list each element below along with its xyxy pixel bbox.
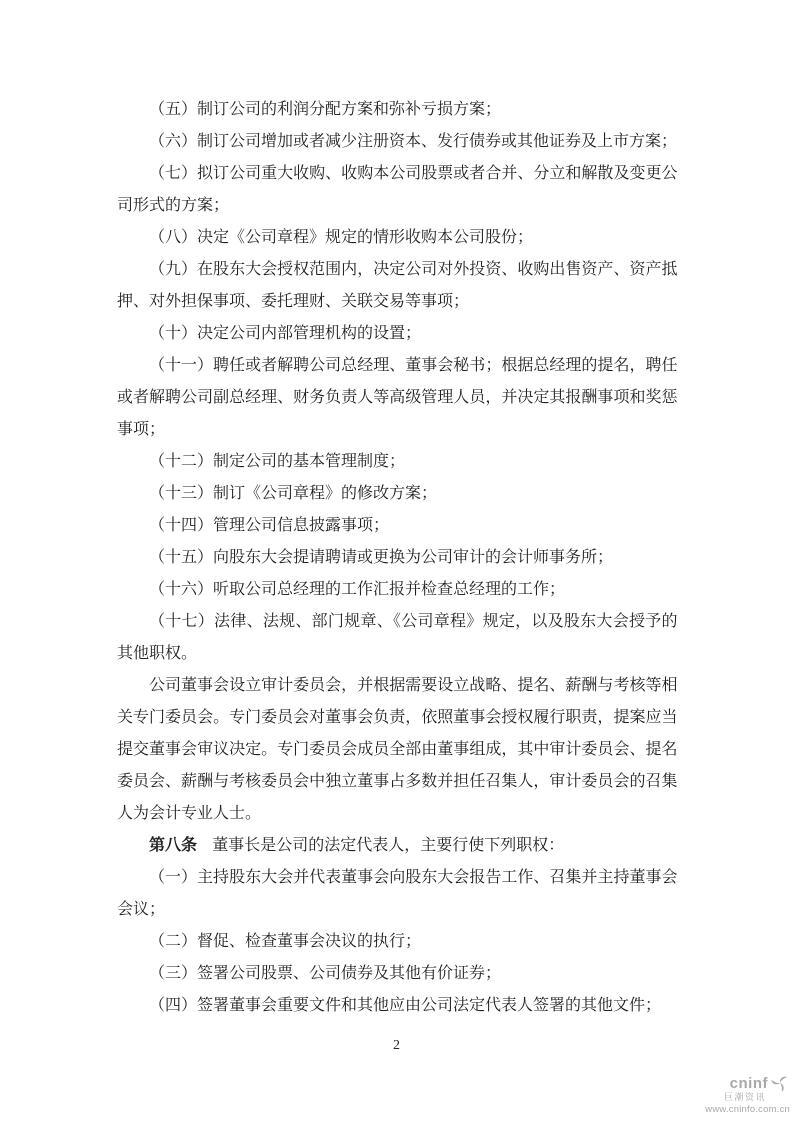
item-2: （二）督促、检查董事会决议的执行； (117, 926, 678, 958)
clause-8: （八）决定《公司章程》规定的情形收购本公司股份； (117, 222, 678, 254)
clause-17: （十七）法律、法规、部门规章、《公司章程》规定，以及股东大会授予的其他职权。 (117, 606, 678, 670)
article-8-text: 董事长是公司的法定代表人，主要行使下列职权： (212, 837, 564, 854)
cninfo-brand-text: cninf (730, 1076, 768, 1091)
clause-13: （十三）制订《公司章程》的修改方案； (117, 478, 678, 510)
clause-6: （六）制订公司增加或者减少注册资本、发行债券或其他证券及上市方案； (117, 126, 678, 158)
document-body: （五）制订公司的利润分配方案和弥补亏损方案； （六）制订公司增加或者减少注册资本… (117, 94, 678, 1022)
article-8-paragraph: 第八条董事长是公司的法定代表人，主要行使下列职权： (117, 830, 678, 862)
clause-10: （十）决定公司内部管理机构的设置； (117, 318, 678, 350)
cninfo-chinese-name: 巨潮资讯 (660, 1093, 790, 1102)
clause-9: （九）在股东大会授权范围内，决定公司对外投资、收购出售资产、资产抵押、对外担保事… (117, 254, 678, 318)
item-4: （四）签署董事会重要文件和其他应由公司法定代表人签署的其他文件； (117, 990, 678, 1022)
clause-15: （十五）向股东大会提请聘请或更换为公司审计的会计师事务所； (117, 542, 678, 574)
cninfo-brand-row: cninf (660, 1075, 790, 1091)
clause-14: （十四）管理公司信息披露事项； (117, 510, 678, 542)
article-8-heading: 第八条 (149, 837, 197, 854)
cninfo-logo: cninf 巨潮资讯 www.cninfo.com.cn (660, 1075, 790, 1115)
item-3: （三）签署公司股票、公司债券及其他有价证券； (117, 958, 678, 990)
document-page: { "document": { "paragraphs": [ { "text"… (0, 0, 793, 1122)
clause-12: （十二）制定公司的基本管理制度； (117, 446, 678, 478)
committees-paragraph: 公司董事会设立审计委员会，并根据需要设立战略、提名、薪酬与考核等相关专门委员会。… (117, 670, 678, 830)
clause-7: （七）拟订公司重大收购、收购本公司股票或者合并、分立和解散及变更公司形式的方案； (117, 158, 678, 222)
cninfo-pinwheel-icon (770, 1075, 790, 1091)
clause-16: （十六）听取公司总经理的工作汇报并检查总经理的工作； (117, 574, 678, 606)
cninfo-url: www.cninfo.com.cn (660, 1105, 790, 1115)
page-number: 2 (0, 1038, 793, 1054)
clause-5: （五）制订公司的利润分配方案和弥补亏损方案； (117, 94, 678, 126)
clause-11: （十一）聘任或者解聘公司总经理、董事会秘书；根据总经理的提名，聘任或者解聘公司副… (117, 350, 678, 446)
item-1: （一）主持股东大会并代表董事会向股东大会报告工作、召集并主持董事会会议； (117, 862, 678, 926)
